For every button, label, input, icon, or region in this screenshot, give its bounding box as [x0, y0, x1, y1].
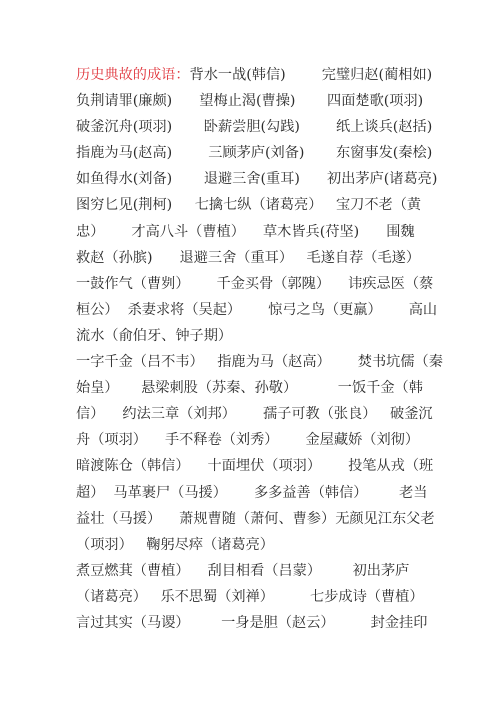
text-line-21: （诸葛亮） 乐不思蜀（刘禅） 七步成诗（曹植） — [76, 584, 426, 610]
line-content: 背水一战(韩信) 完璧归赵(蔺相如) — [190, 67, 433, 83]
text-line-19: （项羽） 鞠躬尽瘁（诸葛亮） — [76, 532, 426, 558]
text-line-9: 一鼓作气（曹刿） 千金买骨（郭隗） 讳疾忌医（蔡 — [76, 271, 426, 297]
text-line-12: 一字千金（吕不韦） 指鹿为马（赵高） 焚书坑儒（秦 — [76, 349, 426, 375]
text-line-8: 救赵（孙膑) 退避三舍（重耳） 毛遂自荐（毛遂） — [76, 245, 426, 271]
text-line-22: 言过其实（马谡） 一身是胆（赵云） 封金挂印 — [76, 610, 426, 636]
text-line-13: 始皇） 悬梁刺股（苏秦、孙敬） 一饭千金（韩 — [76, 375, 426, 401]
text-line-17: 超） 马革裹尸（马援） 多多益善（韩信） 老当 — [76, 480, 426, 506]
text-line-14: 信） 约法三章（刘邦） 孺子可教（张良） 破釜沉 — [76, 401, 426, 427]
text-line-16: 暗渡陈仓（韩信） 十面埋伏（项羽） 投笔从戎（班 — [76, 453, 426, 479]
text-line-18: 益壮（马援） 萧规曹随（萧何、曹参）无颜见江东父老 — [76, 506, 426, 532]
text-line-20: 煮豆燃萁（曹植） 刮目相看（吕蒙） 初出茅庐 — [76, 558, 426, 584]
section-heading: 历史典故的成语： — [76, 67, 190, 83]
document-page: 历史典故的成语：背水一战(韩信) 完璧归赵(蔺相如) 负荆请罪(廉颇) 望梅止渴… — [76, 62, 426, 636]
text-line-7: 忠） 才高八斗（曹植） 草木皆兵(苻坚) 围魏 — [76, 219, 426, 245]
text-line-11: 流水（俞伯牙、钟子期） — [76, 323, 426, 349]
text-line-5: 如鱼得水(刘备) 退避三舍(重耳) 初出茅庐(诸葛亮) — [76, 166, 426, 192]
text-line-15: 舟（项羽） 手不释卷（刘秀） 金屋藏娇（刘彻） — [76, 427, 426, 453]
text-line-4: 指鹿为马(赵高) 三顾茅庐(刘备) 东窗事发(秦桧) — [76, 140, 426, 166]
text-line-1: 历史典故的成语：背水一战(韩信) 完璧归赵(蔺相如) — [76, 62, 426, 88]
text-line-10: 桓公） 杀妻求将（吴起） 惊弓之鸟（更羸） 高山 — [76, 297, 426, 323]
text-line-6: 图穷匕见(荆柯) 七擒七纵（诸葛亮） 宝刀不老（黄 — [76, 192, 426, 218]
text-line-3: 破釜沉舟(项羽) 卧薪尝胆(勾践) 纸上谈兵(赵括) — [76, 114, 426, 140]
text-line-2: 负荆请罪(廉颇) 望梅止渴(曹操) 四面楚歌(项羽) — [76, 88, 426, 114]
